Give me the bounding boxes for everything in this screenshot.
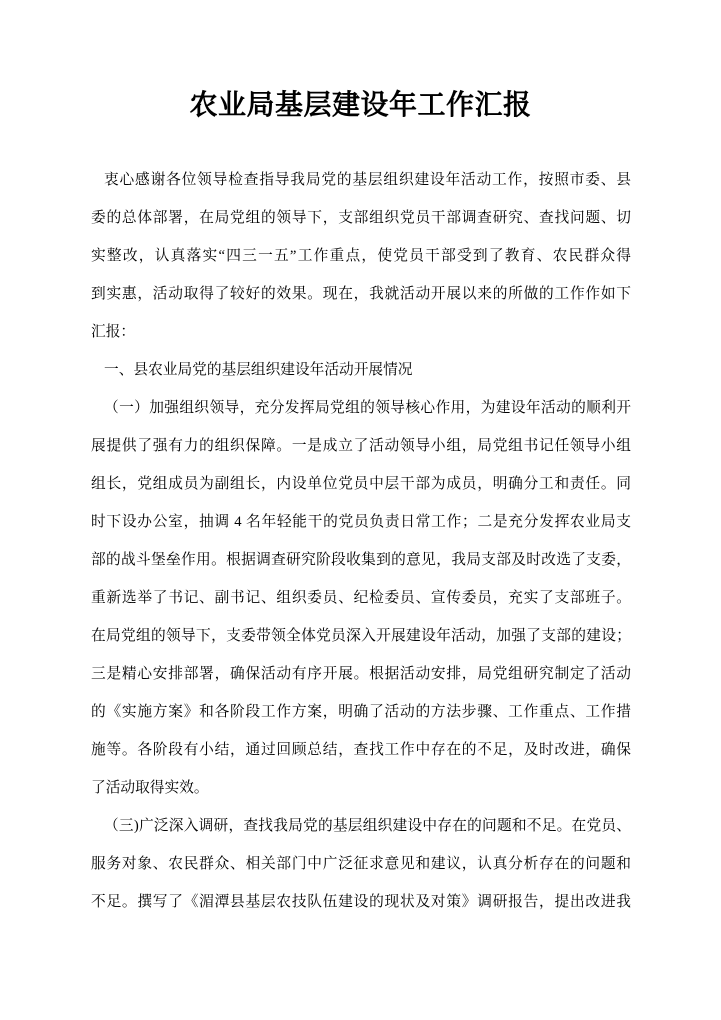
- paragraph-intro: 衷心感谢各位领导检查指导我局党的基层组织建设年活动工作，按照市委、县委的总体部署…: [91, 161, 631, 351]
- text-line: 重新选举了书记、副书记、组织委员、纪检委员、宣传委员，充实了支部班子。: [91, 579, 631, 617]
- text-line: 部的战斗堡垒作用。根据调查研究阶段收集到的意见，我局支部及时改选了支委，: [91, 541, 631, 579]
- text-line: 服务对象、农民群众、相关部门中广泛征求意见和建议，认真分析存在的问题和: [91, 845, 631, 883]
- text-line: 不足。撰写了《湄潭县基层农技队伍建设的现状及对策》调研报告，提出改进我: [91, 883, 631, 921]
- text-line: （三)广泛深入调研，查找我局党的基层组织建设中存在的问题和不足。在党员、: [91, 807, 631, 845]
- text-line: 到实惠，活动取得了较好的效果。现在，我就活动开展以来的所做的工作作如下: [91, 275, 631, 313]
- text-line: 一、县农业局党的基层组织建设年活动开展情况: [91, 351, 631, 389]
- text-line: 组长，党组成员为副组长，内设单位党员中层干部为成员，明确分工和责任。同: [91, 465, 631, 503]
- text-line: 衷心感谢各位领导检查指导我局党的基层组织建设年活动工作，按照市委、县: [91, 161, 631, 199]
- paragraph-section-1-heading: 一、县农业局党的基层组织建设年活动开展情况: [91, 351, 631, 389]
- text-line: 实整改，认真落实“四三一五”工作重点，使党员干部受到了教育、农民群众得: [91, 237, 631, 275]
- document-content: 衷心感谢各位领导检查指导我局党的基层组织建设年活动工作，按照市委、县委的总体部署…: [91, 161, 631, 921]
- text-line: 三是精心安排部署，确保活动有序开展。根据活动安排，局党组研究制定了活动: [91, 655, 631, 693]
- text-line: 施等。各阶段有小结，通过回顾总结，查找工作中存在的不足，及时改进，确保: [91, 731, 631, 769]
- document-page: 农业局基层建设年工作汇报 衷心感谢各位领导检查指导我局党的基层组织建设年活动工作…: [0, 0, 721, 1020]
- text-line: （一）加强组织领导，充分发挥局党组的领导核心作用，为建设年活动的顺利开: [91, 389, 631, 427]
- text-line: 委的总体部署，在局党组的领导下，支部组织党员干部调查研究、查找问题、切: [91, 199, 631, 237]
- text-line: 了活动取得实效。: [91, 769, 631, 807]
- text-line: 时下设办公室，抽调 4 名年轻能干的党员负责日常工作；二是充分发挥农业局支: [91, 503, 631, 541]
- text-line: 汇报：: [91, 313, 631, 351]
- text-line: 展提供了强有力的组织保障。一是成立了活动领导小组，局党组书记任领导小组: [91, 427, 631, 465]
- text-line: 在局党组的领导下，支委带领全体党员深入开展建设年活动，加强了支部的建设；: [91, 617, 631, 655]
- paragraph-item-1: （一）加强组织领导，充分发挥局党组的领导核心作用，为建设年活动的顺利开展提供了强…: [91, 389, 631, 807]
- text-line: 的《实施方案》和各阶段工作方案，明确了活动的方法步骤、工作重点、工作措: [91, 693, 631, 731]
- paragraph-item-3: （三)广泛深入调研，查找我局党的基层组织建设中存在的问题和不足。在党员、服务对象…: [91, 807, 631, 921]
- document-title: 农业局基层建设年工作汇报: [0, 0, 721, 125]
